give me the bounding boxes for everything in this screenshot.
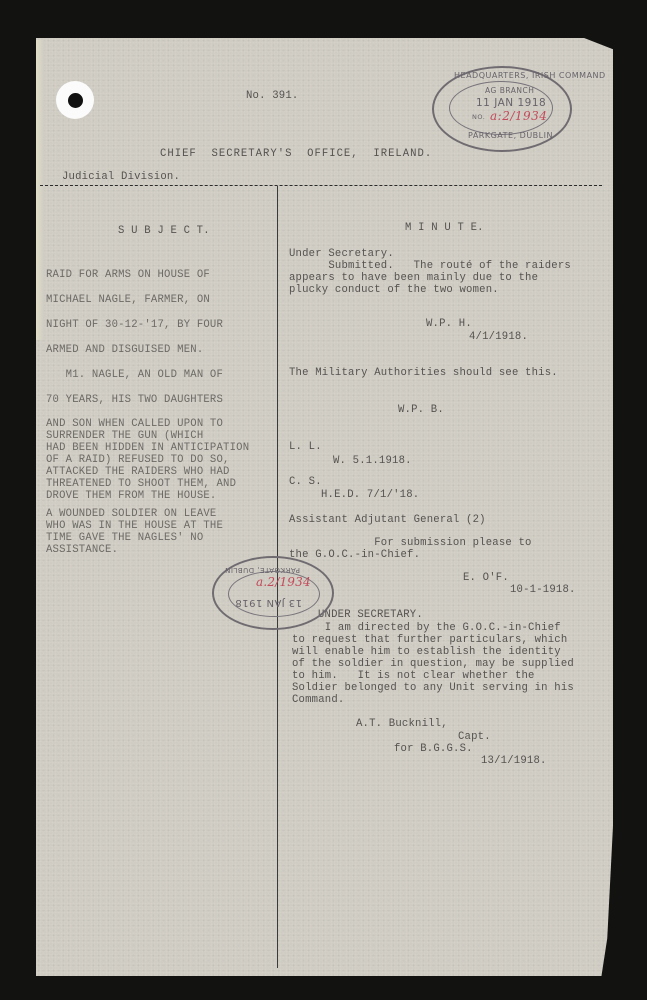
minute-heading: M I N U T E. bbox=[405, 222, 484, 234]
minute-initials-date: W. 5.1.1918. bbox=[333, 455, 412, 467]
paper-fold-edge bbox=[36, 40, 44, 340]
document-number: No. 391. bbox=[246, 90, 298, 102]
office-title: CHIEF SECRETARY'S OFFICE, IRELAND. bbox=[160, 148, 432, 160]
minute-entry-body: I am directed by the G.O.C.-in-Chief to … bbox=[292, 622, 574, 706]
signature-name: A.T. Bucknill, bbox=[356, 718, 448, 730]
subject-line: NIGHT OF 30-12-'17, BY FOUR bbox=[46, 319, 223, 331]
signature-for: for B.G.G.S. bbox=[394, 743, 473, 755]
subject-paragraph: A WOUNDED SOLDIER ON LEAVE WHO WAS IN TH… bbox=[46, 508, 223, 556]
minute-entry-body: For submission please to the G.O.C.-in-C… bbox=[289, 537, 532, 561]
stamp-date: 13 JAN 1918 bbox=[235, 597, 302, 608]
minute-initials: W.P. B. bbox=[398, 404, 444, 416]
header-divider bbox=[40, 185, 602, 186]
minute-entry-body: Under Secretary. Submitted. The routé of… bbox=[289, 248, 571, 296]
division-label: Judicial Division. bbox=[62, 171, 180, 183]
minute-addressee: L. L. bbox=[289, 441, 322, 453]
minute-addressee: Assistant Adjutant General (2) bbox=[289, 514, 486, 526]
stamp-ref: a:2/1934 bbox=[490, 109, 547, 123]
stamp-ref-handwritten: a.2/1934 bbox=[256, 576, 311, 588]
hq-irish-command-stamp: HEADQUARTERS, IRISH COMMAND AG BRANCH 11… bbox=[432, 66, 572, 152]
subject-line: 70 YEARS, HIS TWO DAUGHTERS bbox=[46, 394, 223, 406]
signature-rank: Capt. bbox=[458, 731, 491, 743]
punch-hole-icon bbox=[56, 81, 94, 119]
minute-addressee: C. S. bbox=[289, 476, 322, 488]
stamp-outer: PARKGATE, DUBLIN bbox=[225, 566, 300, 574]
minute-date: 4/1/1918. bbox=[469, 331, 528, 343]
minute-initials: E. O'F. bbox=[463, 572, 509, 584]
minute-date: 10-1-1918. bbox=[510, 584, 576, 596]
minute-entry-body: The Military Authorities should see this… bbox=[289, 367, 558, 379]
minute-initials: W.P. H. bbox=[426, 318, 472, 330]
stamp-date: 11 JAN 1918 bbox=[476, 97, 546, 109]
subject-line: M1. NAGLE, AN OLD MAN OF bbox=[46, 369, 223, 381]
subject-paragraph: AND SON WHEN CALLED UPON TO SURRENDER TH… bbox=[46, 418, 249, 502]
subject-line: RAID FOR ARMS ON HOUSE OF bbox=[46, 269, 210, 281]
signature-date: 13/1/1918. bbox=[481, 755, 547, 767]
subject-heading: S U B J E C T. bbox=[118, 225, 210, 237]
minute-addressee: UNDER SECRETARY. bbox=[318, 609, 423, 621]
stamp-no-label: NO. bbox=[472, 113, 485, 121]
subject-line: ARMED AND DISGUISED MEN. bbox=[46, 344, 203, 356]
minute-initials-date: H.E.D. 7/1/'18. bbox=[321, 489, 419, 501]
received-stamp-inverted: 13 JAN 1918 PARKGATE, DUBLIN bbox=[212, 556, 334, 630]
stamp-branch: AG BRANCH bbox=[485, 86, 534, 95]
stamp-outer-top: HEADQUARTERS, IRISH COMMAND bbox=[454, 71, 606, 80]
subject-line: MICHAEL NAGLE, FARMER, ON bbox=[46, 294, 210, 306]
stamp-outer-bottom: PARKGATE, DUBLIN bbox=[468, 131, 553, 140]
